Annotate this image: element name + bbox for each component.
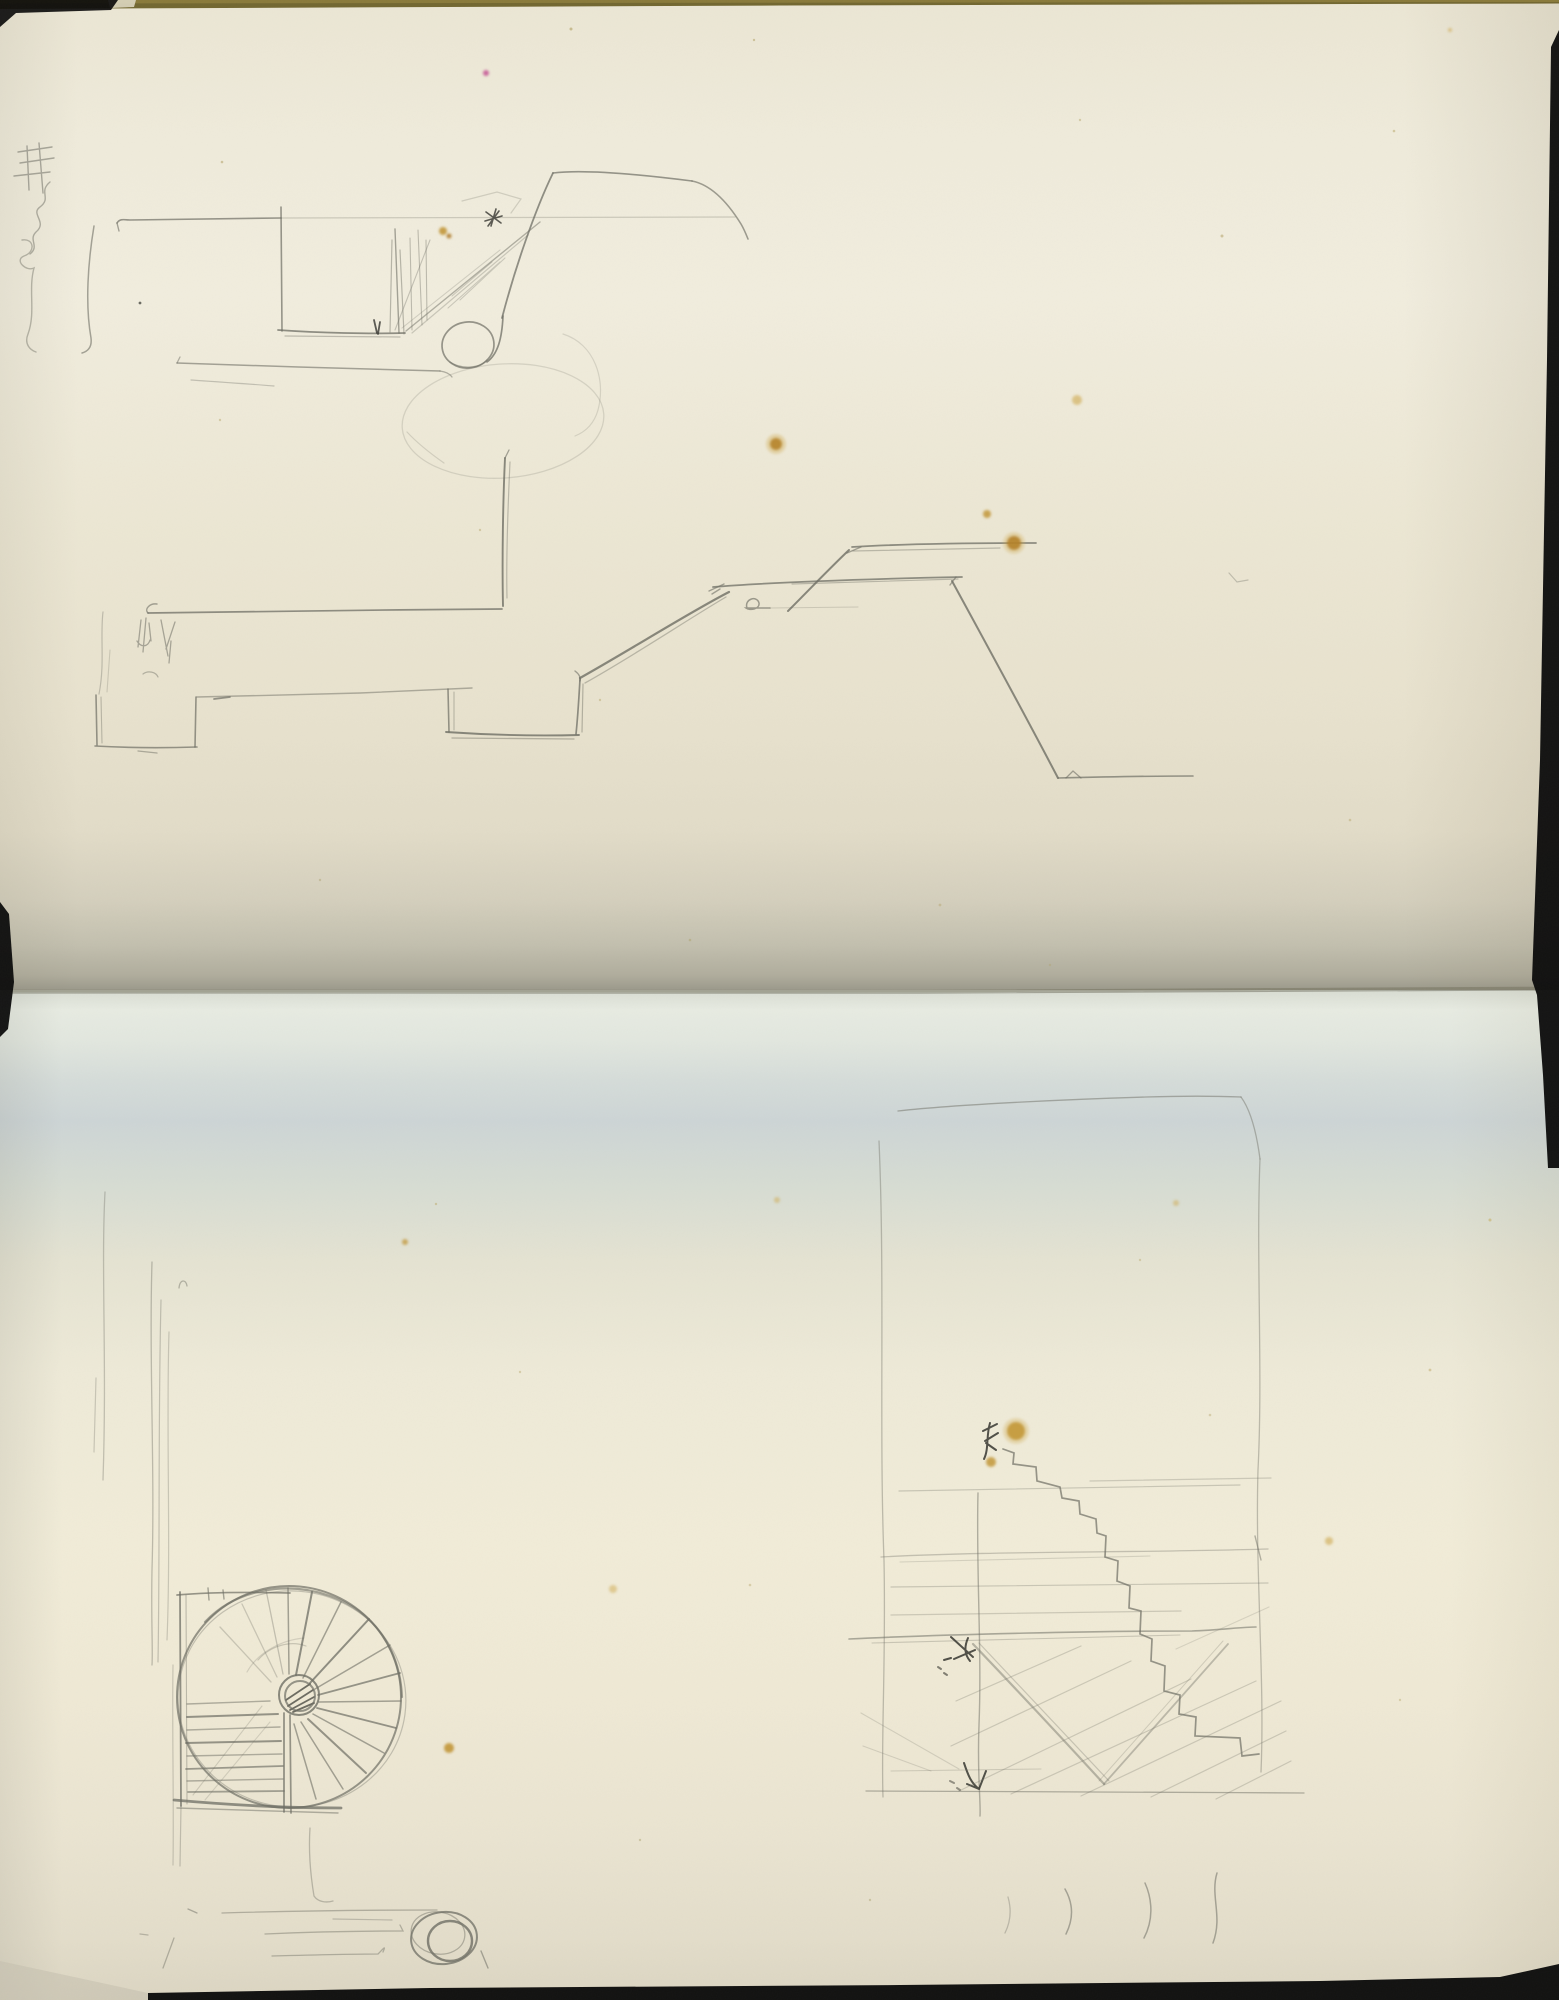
paper-grain-overlay [0,0,1559,2000]
sketchbook-scan [0,0,1559,2000]
scan-artwork-layer [0,0,1559,2000]
